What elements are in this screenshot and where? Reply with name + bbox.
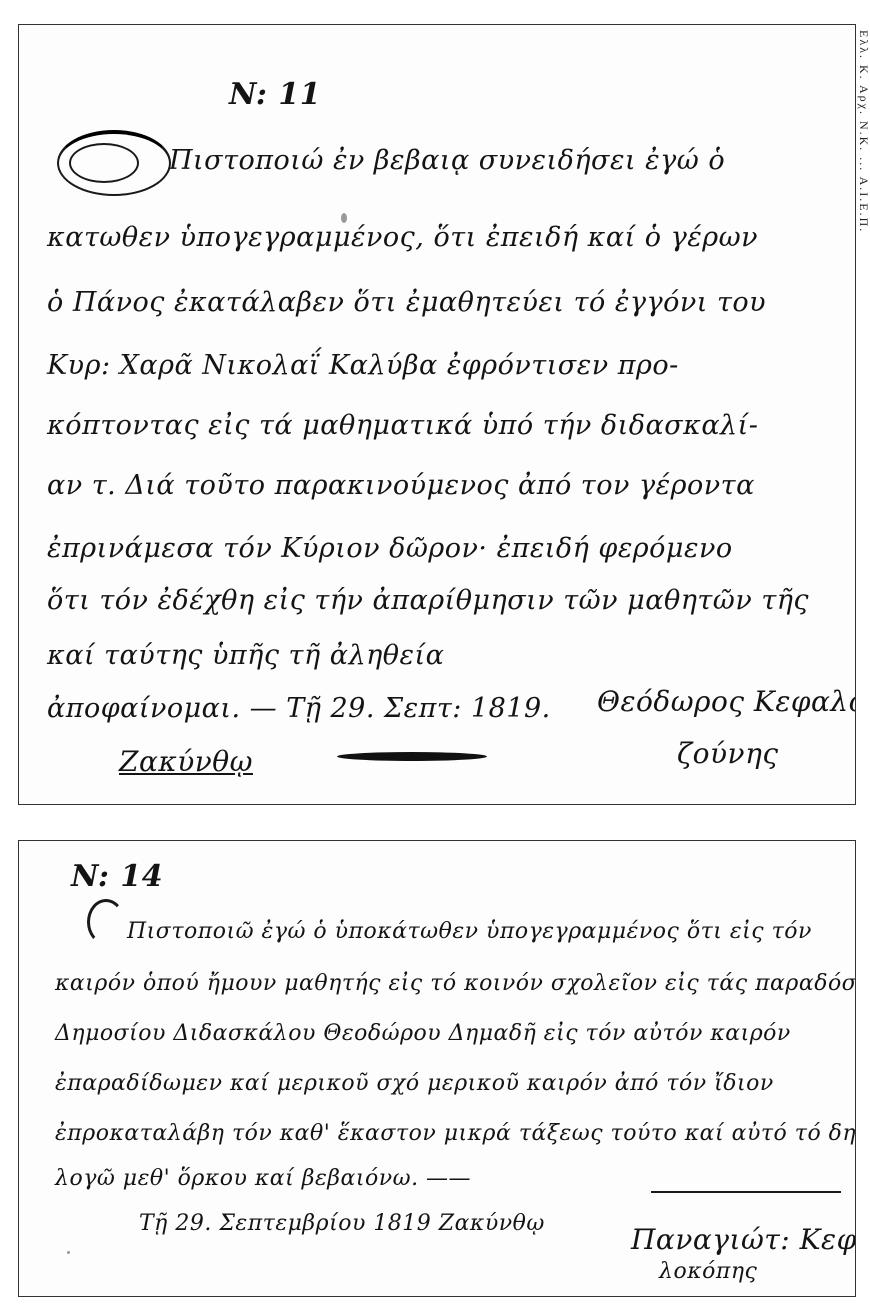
text-line: ὁ Πάνος ἐκατάλαβεν ὅτι ἐμαθητεύει τό ἐγγ… bbox=[47, 287, 766, 318]
flourish-ornament bbox=[87, 899, 125, 945]
signature: Θεόδωρος Κεφαλο- bbox=[597, 685, 856, 718]
ink-speck bbox=[67, 1251, 70, 1254]
text-line: λογῶ μεθ' ὅρκου καί βεβαιόνω. —— bbox=[55, 1166, 471, 1191]
document-number: N: 14 bbox=[71, 859, 163, 894]
ink-smear bbox=[337, 752, 487, 761]
place-name: Ζακύνθῳ bbox=[119, 745, 253, 778]
archive-caption-text: Ελλ. Κ. Αρχ. Ν.Κ. ... Α.Ι.Ε.Π. bbox=[856, 30, 870, 233]
text-line: καιρόν ὁπού ἤμουν μαθητής εἰς τό κοινόν … bbox=[55, 971, 856, 996]
signature: Παναγιώτ: Κεφα- bbox=[631, 1223, 856, 1256]
text-line: κόπτοντας εἰς τά μαθηματικά ὑπό τήν διδα… bbox=[47, 410, 758, 441]
document-number: N: 11 bbox=[229, 77, 321, 112]
date-line: ἀποφαίνομαι. — Τῇ 29. Σεπτ: 1819. bbox=[47, 693, 551, 724]
closing-rule bbox=[651, 1191, 841, 1193]
text-line: αν τ. Διά τοῦτο παρακινούμενος ἀπό τον γ… bbox=[47, 470, 755, 501]
ink-speck bbox=[341, 213, 347, 223]
text-line: Δημοσίου Διδασκάλου Θεοδώρου Δημαδῆ εἰς … bbox=[55, 1021, 791, 1046]
flourish-inner-ornament bbox=[69, 143, 139, 183]
text-line: Κυρ: Χαρᾶ Νικολαΐ Καλύβα ἐφρόντισεν προ- bbox=[47, 350, 679, 381]
text-line: ἐπρινάμεσα τόν Κύριον δῶρον· ἐπειδή φερό… bbox=[47, 533, 733, 564]
text-line: ἐπαραδίδωμεν καί μερικοῦ σχό μερικοῦ και… bbox=[55, 1071, 774, 1096]
text-line: ὅτι τόν ἐδέχθη εἰς τήν ἀπαρίθμησιν τῶν μ… bbox=[47, 585, 809, 616]
text-line: καί ταύτης ὑπῆς τῆ ἀληθεία bbox=[47, 640, 444, 671]
text-line: Πιστοποιώ ἐν βεβαιᾳ συνειδήσει ἐγώ ὁ bbox=[169, 145, 725, 176]
manuscript-page-1: N: 11 Πιστοποιώ ἐν βεβαιᾳ συνειδήσει ἐγώ… bbox=[18, 24, 856, 805]
text-line: κατωθεν ὑπογεγραμμένος, ὅτι ἐπειδή καί ὁ… bbox=[47, 222, 758, 253]
signature: ζούνης bbox=[677, 737, 779, 770]
date-line: Τῇ 29. Σεπτεμβρίου 1819 Ζακύνθῳ bbox=[139, 1211, 545, 1236]
signature: λοκόπης bbox=[659, 1259, 757, 1284]
archive-caption: Ελλ. Κ. Αρχ. Ν.Κ. ... Α.Ι.Ε.Π. bbox=[854, 30, 870, 500]
text-line: ἐπροκαταλάβη τόν καθ' ἕκαστον μικρά τάξε… bbox=[55, 1121, 856, 1146]
text-line: Πιστοποιῶ ἐγώ ὁ ὑποκάτωθεν ὑπογεγραμμένο… bbox=[127, 919, 812, 944]
manuscript-page-2: N: 14 Πιστοποιῶ ἐγώ ὁ ὑποκάτωθεν ὑπογεγρ… bbox=[18, 840, 856, 1297]
